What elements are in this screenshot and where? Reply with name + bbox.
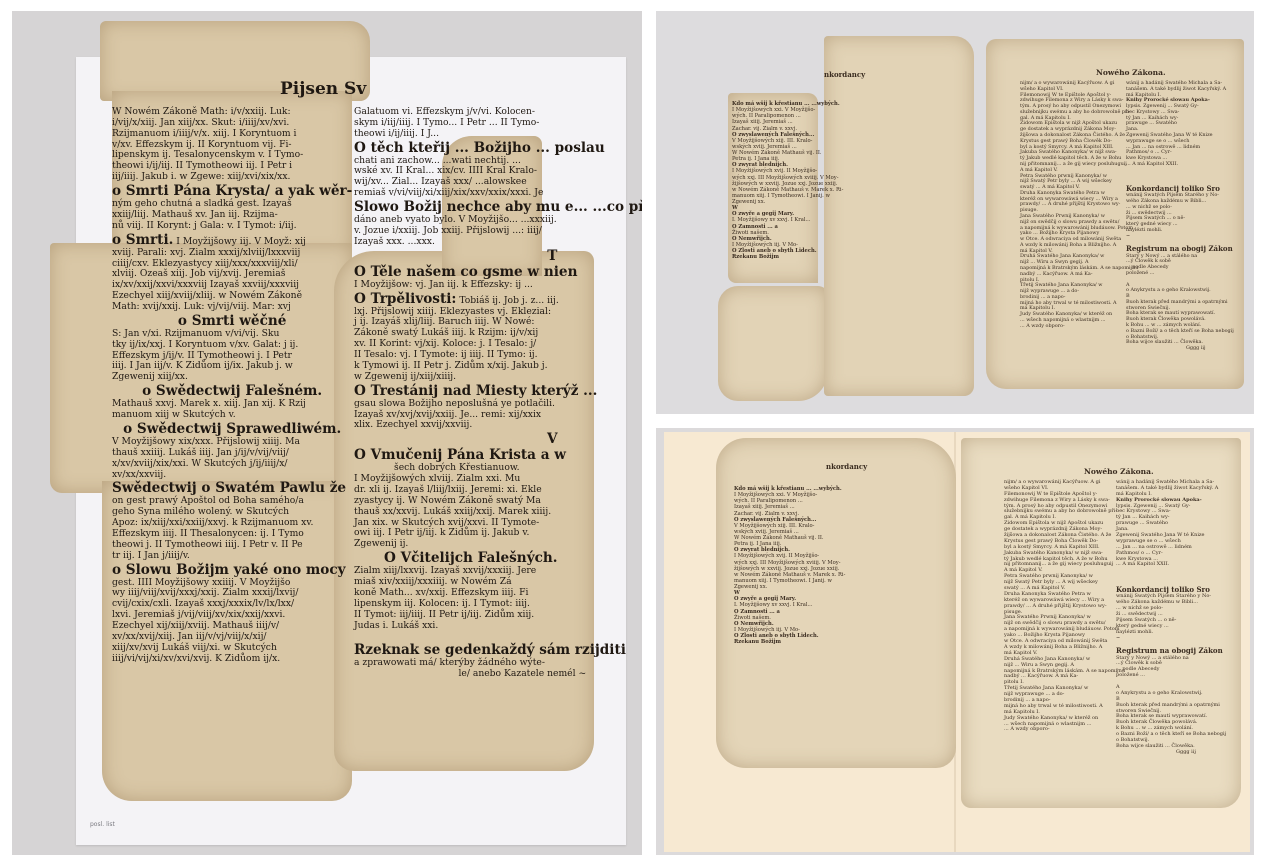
running-head-right-leaf: Nowého Zákona. xyxy=(1096,69,1166,78)
text-column-right: Galatuom vi. Effezskym j/v/vi. Kolocen- … xyxy=(354,107,642,680)
right-leaf-col1: nijm/ a o wywarowánij Kacýřuow. A gi wše… xyxy=(1004,480,1125,733)
running-head-left-leaf: nkordancy xyxy=(826,463,867,471)
running-head-right-leaf: Nowého Zákona. xyxy=(1084,468,1154,477)
photo-panel-bottom-right-on-cream: nkordancy Nowého Zákona. Kdo má wšij k k… xyxy=(656,428,1254,855)
text-column-left: W Nowém Zákoně Math: i/v/xxiij. Luk: i/v… xyxy=(112,107,352,664)
pencil-margin-note: posl. list xyxy=(90,821,115,828)
left-leaf-text: Kdo má wšij k křestianu ... ...wybých. I… xyxy=(732,101,843,260)
parchment-fragment-small-lower xyxy=(718,286,828,401)
photo-panel-left-fragment: Pijsen Sv W Nowém Zákoně Math: i/v/xxiij… xyxy=(12,11,642,855)
right-leaf-col1: nijm/ a o wywarowánij Kacýřuow. A gi wše… xyxy=(1020,81,1138,330)
photo-panel-top-right-fragments: nkordancy Kdo má wšij k křestianu ... ..… xyxy=(656,11,1254,414)
parchment-fragment-tall xyxy=(824,36,974,396)
running-head-left-leaf: nkordancy xyxy=(824,71,865,79)
right-leaf-col2: wánij a hadánij Swatého Michala a Sa- ta… xyxy=(1116,480,1226,756)
running-head: Pijsen Sv xyxy=(280,79,366,99)
left-leaf-text: Kdo má wšij k křestianu ... ...wybých. I… xyxy=(734,486,845,645)
right-leaf-col2: wánij a hadánij Swatého Michala a Sa- ta… xyxy=(1126,81,1234,352)
